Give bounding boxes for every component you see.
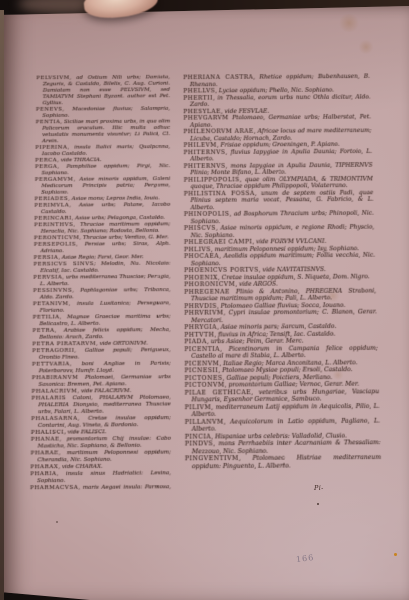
entry-headword: PHARAX	[30, 464, 58, 470]
dictionary-entry: PHRVRIVM, Cypri insulae promontorium; C.…	[184, 309, 377, 325]
entry-headword: PHITERNVS	[184, 149, 226, 156]
entry-text: , vide FORVM VVLCANI.	[252, 238, 326, 245]
entry-headword: PILIVM	[185, 404, 212, 411]
entry-headword: PINDVS	[185, 440, 213, 447]
entry-headword: PHILEVM	[183, 142, 216, 149]
entry-headword: PICENVM	[184, 360, 219, 367]
dictionary-entry: PHILISTINA FOSSA, unum de septem ostiis …	[184, 189, 374, 211]
dictionary-entry: PESSINVNS, Paphlagoniae urbs; Tribanca, …	[33, 287, 171, 301]
entry-headword: PHISCVS	[184, 225, 216, 232]
entry-headword: PERCA	[35, 158, 57, 164]
dictionary-entry: PHARAE, maritimum Peloponnesi oppidum; C…	[30, 450, 171, 465]
entry-text: , Asiae urbs; Pelagonga, Castaldo.	[72, 215, 165, 221]
paper-stain	[358, 40, 374, 54]
entry-text: , Asiae minoris oppidum, e regione Rhodi…	[191, 224, 375, 239]
entry-headword: PENTIA	[36, 120, 61, 126]
entry-headword: PETANIVM	[33, 301, 69, 307]
dictionary-entry: PINDVS, mons Perrhaebiis inter Acarnania…	[185, 439, 381, 455]
dictionary-entry: PETANIVM, insula Lusitanica; Perseguaro,…	[33, 301, 171, 315]
entry-headword: PHRVRIVM	[184, 310, 223, 317]
entry-text: , mediterraneum Latij oppidum in Aequico…	[192, 403, 380, 418]
entry-text: , Macedoniae fluvius; Salampria, Sophian…	[42, 106, 170, 119]
dictionary-entry: PHITERNVS, fluvius Iapygiae in Apulia Da…	[184, 148, 373, 163]
entry-headword: PETRA PIRATARVM	[32, 341, 96, 347]
entry-text: , Siciliae mari proxima urbs, in qua oli…	[42, 119, 170, 144]
entry-headword: PIPERINA	[35, 145, 67, 151]
book-photo: PELVSIVM, ad Ostium Nili urbs; Damiata, …	[0, 0, 409, 600]
entry-text: , vide THRACIA.	[57, 157, 101, 163]
entry-headword: PINGVENTIVM	[185, 455, 239, 462]
paper-speck	[56, 521, 58, 523]
entry-headword: PETILIA	[33, 315, 60, 321]
entry-headword: PHITERNVS	[184, 163, 226, 170]
entry-text: , Arabiae felicis oppidum; Mecha, Bellon…	[39, 327, 170, 340]
entry-headword: PERSICVS SINVS	[33, 261, 93, 267]
dictionary-entry: PERSICVS SINVS; Melodin, Nu. Nicolaio: E…	[33, 261, 170, 275]
entry-headword: PILAE GETHICAE	[185, 389, 252, 396]
dictionary-entry: PHERTII, in Thessalia, eorum urbs nunc O…	[183, 94, 370, 109]
entry-text: , Magnae Graeciae maritima urbs; Belicas…	[39, 314, 170, 327]
dictionary-entry: PERSEPOLIS, Persiae urbs; Siras, Alph. A…	[34, 241, 171, 255]
entry-text: , vide ARGOS.	[235, 281, 277, 288]
entry-headword: PERINCARI	[34, 216, 72, 222]
book-spine-edge	[0, 10, 4, 600]
entry-text: , urbs Asiae; Peim, Gerar. Merc.	[207, 338, 304, 345]
dictionary-entry: PHISCVS, Asiae minoris oppidum, e region…	[184, 224, 375, 239]
dictionary-entry: PENEVS, Macedoniae fluvius; Salampria, S…	[36, 106, 170, 120]
entry-headword: PHORONICVM	[184, 281, 235, 288]
entry-text: , vide ORTONIVM.	[96, 341, 148, 347]
entry-text: , Cretae insulae oppidum, S. Niqueta, Do…	[218, 273, 370, 281]
dictionary-entry: PHILIPPOPOLIS, quae olim OLYMPIADA, & TR…	[184, 175, 374, 190]
dictionary-entry: PERVSIA, urbs mediterranea Thusciae; Per…	[33, 274, 170, 288]
entry-text: , mons Perrhaebiis inter Acarnaniam & Th…	[192, 439, 381, 455]
dictionary-entry: PETRAGORII, Galliae populi; Perigueux, O…	[32, 347, 171, 361]
entry-headword: PERIMVLA	[34, 203, 69, 209]
dictionary-entry: PHOCAEA, Aeolidis oppidum maritimum; Fol…	[184, 252, 375, 267]
dictionary-entry: PERGAMVM, Asiae minoris oppidum, Galeni …	[34, 176, 170, 196]
dictionary-entry: PHANAE, promontorium Chij insulae: Cabo …	[31, 436, 171, 451]
book-page: PELVSIVM, ad Ostium Nili urbs; Damiata, …	[0, 0, 409, 600]
dictionary-entry: PELVSIVM, ad Ostium Nili urbs; Damiata, …	[36, 75, 170, 107]
dictionary-entry: PHREGENAE Plinio & Antonino, PHREGENA St…	[184, 287, 376, 303]
dictionary-entry: PHALASARNA, Cretae insulae oppidum; Cont…	[31, 415, 171, 430]
dictionary-entry: PHALARIS Catoni, PHALARVM Ptolomaeo, PHA…	[31, 395, 171, 416]
entry-headword: PETTVARIA	[32, 361, 70, 367]
entry-headword: PICNESII	[184, 367, 218, 374]
entry-text: , insula sinus Hadriatici: Lesina, Sophi…	[37, 470, 171, 484]
left-column: PELVSIVM, ad Ostium Nili urbs; Damiata, …	[30, 75, 171, 492]
entry-text: , vide FESVLAE.	[221, 108, 269, 115]
entry-text: , Ptolomaeo Mysiae populi; Ersoli, Casta…	[218, 366, 352, 374]
entry-headword: PHREGENAE	[184, 288, 230, 295]
dictionary-entry: PETRA, Arabiae felicis oppidum; Mecha, B…	[32, 327, 170, 341]
entry-headword: PICTONVM	[185, 382, 225, 389]
entry-text: , Aeolidis oppidum maritimum; Follia vec…	[191, 252, 375, 267]
pencil-folio-number: 166	[296, 553, 315, 564]
entry-headword: PHRVDIS	[184, 303, 217, 310]
dictionary-entry: PHARMACVSA, maris Aegaei insula: Parmosa…	[30, 484, 171, 491]
dictionary-entry: PENTIA, Siciliae mari proxima urbs, in q…	[35, 119, 170, 145]
entry-headword: PHILENORVM ARAE	[183, 128, 253, 135]
entry-headword: PHTVTH	[184, 331, 214, 338]
entry-headword: PHOENICVS PORTVS	[184, 267, 259, 274]
entry-headword: PHILISTINA FOSSA	[184, 190, 255, 197]
paper-speck	[394, 553, 397, 556]
dictionary-entry: PILAE GETHICAE, veteribus urbs Hungariae…	[185, 388, 380, 404]
entry-headword: PHALARIS	[31, 395, 66, 401]
entry-headword: PICENTIA	[184, 346, 220, 353]
dictionary-entry: PHITERNVS, mons Iapygiae in Apulia Dauni…	[184, 162, 373, 177]
entry-headword: PHLEGRAEI CAMPI	[184, 239, 252, 246]
entry-headword: PHOENIX	[184, 274, 218, 281]
entry-text: , in Thessalia, eorum urbs nunc Othla di…	[190, 94, 371, 108]
dictionary-entry: PHEVGARVM Ptolomaeo, Germaniae urbs; Hal…	[183, 114, 371, 129]
entry-headword: PINCIA	[185, 433, 211, 440]
entry-text: , vide NAVITATISNVS.	[259, 266, 326, 273]
dictionary-entry: PHERIANA CASTRA, Rhetiae oppidum; Bubenh…	[183, 73, 370, 88]
entry-headword: PHANAE	[31, 437, 60, 443]
entry-headword: PHESYLAE	[183, 108, 221, 115]
entry-headword: PETRA	[32, 328, 54, 334]
dictionary-entry: PINGVENTIVM, Ptolomaeo Histriae mediterr…	[185, 454, 382, 470]
entry-headword: PERVSIA	[33, 275, 62, 281]
paper-stain	[338, 14, 360, 32]
entry-headword: PILLANVM	[185, 418, 224, 425]
dictionary-entry: PICENTIA, Picentinorum in Campania felic…	[184, 344, 378, 360]
entry-headword: PERSEPOLIS	[34, 242, 76, 248]
text-block: PELVSIVM, ad Ostium Nili urbs; Damiata, …	[30, 73, 382, 491]
dictionary-entry: PHOENIX, Cretae insulae oppidum, S. Niqu…	[184, 273, 376, 281]
right-column: PHERIANA CASTRA, Rhetiae oppidum; Bubenh…	[183, 73, 382, 490]
entry-headword: PHALACRIVM	[31, 389, 77, 395]
entry-headword: PERGA	[35, 164, 57, 170]
entry-text: , Thraciae urbs; Verdizo, G. Mer.	[79, 235, 168, 241]
entry-headword: PHRYGIA	[184, 324, 217, 331]
entry-headword: PERSIA	[34, 255, 59, 261]
dictionary-entry: PILLANVM, Aequicolorum in Latio oppidum,…	[185, 417, 381, 433]
entry-headword: PHINOPOLIS	[184, 211, 230, 218]
entry-headword: PERONTICVM	[34, 235, 80, 241]
entry-headword: PHELLVS	[183, 88, 215, 95]
entry-headword: PIADA	[184, 338, 207, 345]
entry-headword: PESSINVNS	[33, 288, 72, 294]
entry-headword: PELVSIVM	[36, 75, 69, 81]
entry-text: , Asiae mons; Lepros India, Iouio.	[68, 196, 159, 202]
dictionary-entry: PHINOPOLIS, ad Bosphorum Thracium urbs; …	[184, 210, 374, 225]
entry-headword: PHERTII	[183, 95, 213, 101]
dictionary-entry: PHARIA, insula sinus Hadriatici: Lesina,…	[30, 470, 171, 485]
dictionary-entry: PERGA, Pamphiliae oppidum; Pirgi, Nic. S…	[35, 163, 170, 177]
entry-headword: PICTONES	[184, 374, 222, 381]
dictionary-entry: PIPERINA, insula Italici maris; Qualpann…	[35, 144, 170, 158]
dictionary-entry: PHABIRANVM Ptolomaei, Germaniae urbs Sax…	[32, 374, 171, 389]
entry-headword: PHEVGARVM	[183, 115, 228, 122]
entry-headword: PHABIRANVM	[32, 375, 79, 381]
entry-headword: PHARAE	[31, 450, 59, 456]
entry-text: , Asiae Regio; Farsi, Geor. Mer.	[58, 254, 143, 260]
dictionary-entry: PERIMVLA, Asiae urbs; Patane, Iacobo Cas…	[34, 202, 170, 216]
entry-text: , vide FALACRIVM.	[77, 388, 131, 394]
entry-text: , vide CHARAX.	[58, 464, 102, 470]
dictionary-entry: PETILIA, Magnae Graeciae maritima urbs; …	[32, 314, 170, 328]
entry-headword: PHILIPPOPOLIS	[184, 176, 240, 183]
entry-text: , Picentinorum in Campania felice oppidu…	[191, 344, 378, 359]
entry-text: , vide FALISCI.	[64, 429, 106, 435]
entry-headword: PHERIANA CASTRA	[183, 74, 253, 81]
entry-headword: PHOCAEA	[184, 253, 219, 260]
entry-text: , fluvius in Africa; Tensift, Iac. Casta…	[214, 330, 335, 338]
entry-headword: PETRAGORII	[32, 348, 74, 354]
entry-headword: PERGAMVM	[35, 177, 74, 183]
entry-text: , Pamphiliae oppidum; Pirgi, Nic. Sophia…	[42, 163, 171, 176]
entry-headword: PHARMACVSA	[30, 485, 78, 491]
entry-headword: PERINTHVS	[34, 222, 73, 228]
dictionary-entry: PILIVM, mediterraneum Latij oppidum in A…	[185, 403, 380, 419]
dictionary-entry: PHILENORVM ARAE, Africae locus ad mare m…	[183, 127, 371, 142]
dictionary-entry: PERINTHVS, Thraciae maritimum oppidum; H…	[34, 222, 170, 236]
entry-headword: PERIADES	[34, 196, 68, 202]
entry-headword: PHALISCI	[31, 430, 64, 436]
entry-headword: PHARIA	[30, 471, 56, 477]
catchword: Pi-	[314, 484, 324, 492]
entry-headword: PHALASARNA	[31, 416, 78, 422]
entry-headword: PHLIVS	[184, 246, 211, 253]
paper-speck	[317, 503, 319, 505]
entry-headword: PENEVS	[36, 107, 63, 113]
dictionary-entry: PETTVARIA, boni Angliae in Parisis; Pote…	[32, 361, 171, 375]
